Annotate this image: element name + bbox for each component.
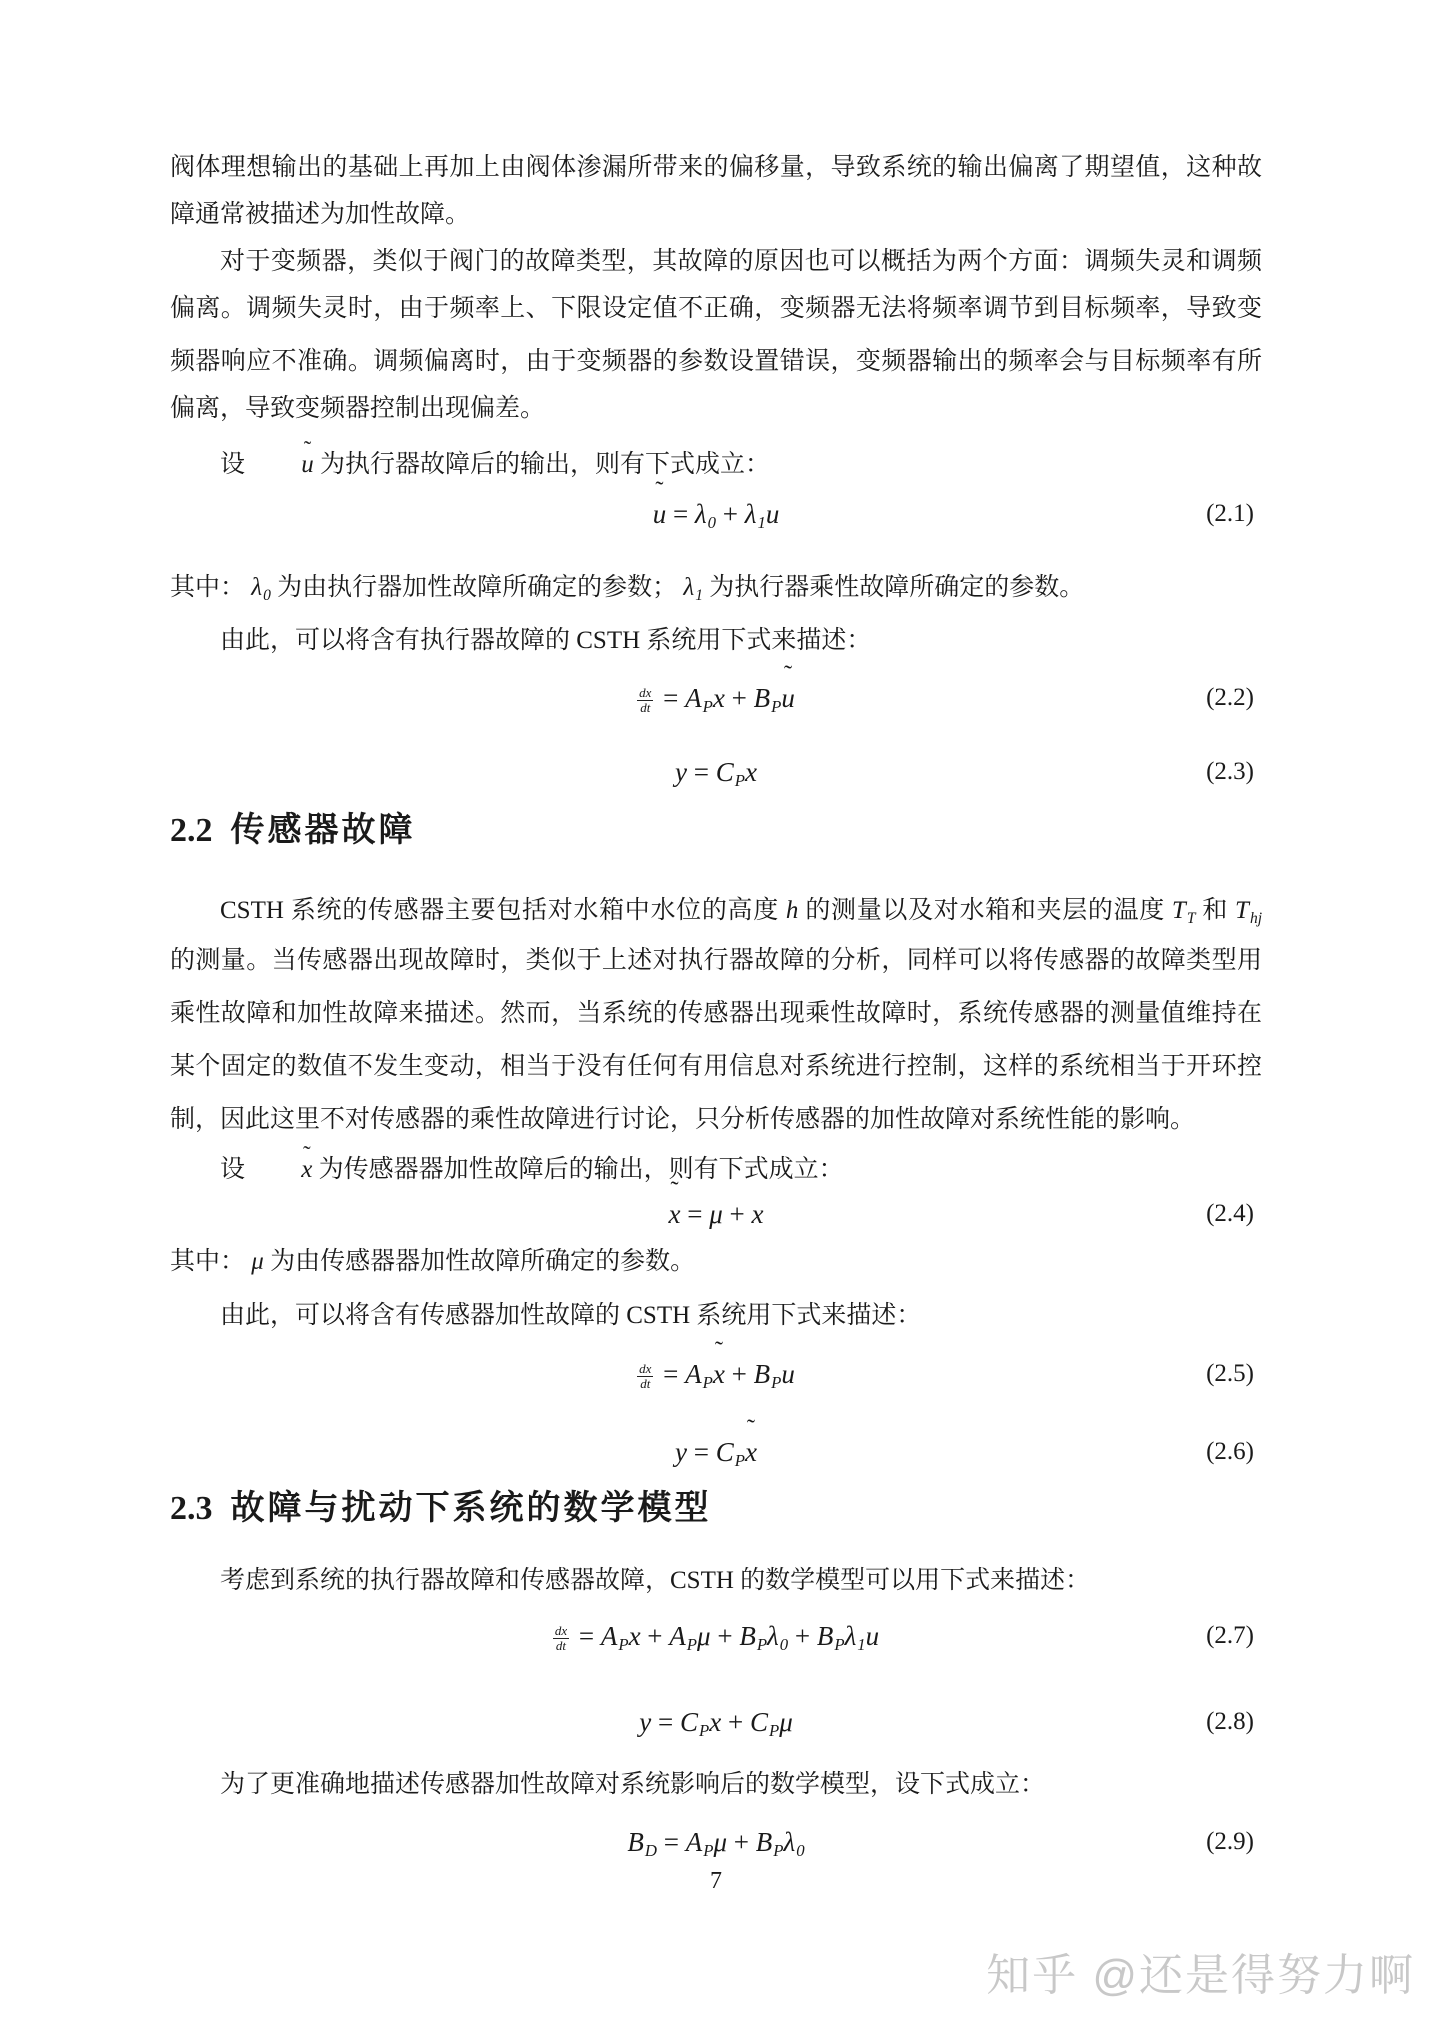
math-var: y xyxy=(675,1437,687,1467)
equation-row: y = CP˜x(2.6) xyxy=(170,1430,1262,1474)
body-line: 某个固定的数值不发生变动，相当于没有任何有用信息对系统进行控制，这样的系统相当于… xyxy=(170,1052,1262,1082)
math-var: ˜x xyxy=(713,1352,725,1396)
math-subscript: P xyxy=(771,1373,781,1392)
equation-number: (2.6) xyxy=(1206,1430,1254,1474)
math-subscript: P xyxy=(771,697,781,716)
math-var: BP xyxy=(754,1359,782,1389)
tilde-accent: ˜ xyxy=(254,438,312,461)
math-var: CP xyxy=(716,1437,745,1467)
math-var: μ xyxy=(713,1827,727,1857)
math-operator: + xyxy=(641,1621,670,1651)
equation-row: y = CPx + CPμ(2.8) xyxy=(170,1700,1262,1744)
math-var: x xyxy=(745,757,757,787)
math-subscript: 0 xyxy=(796,1841,804,1860)
math-operator: = xyxy=(656,1359,685,1389)
math-operator: = xyxy=(657,1827,686,1857)
math-operator: + xyxy=(725,683,754,713)
fraction-numerator: dx xyxy=(553,1624,569,1640)
heading-title: 传感器故障 xyxy=(231,812,416,849)
fraction-denominator: dt xyxy=(637,701,653,716)
equation-row: dxdt = AP˜x + BPu(2.5) xyxy=(170,1352,1262,1396)
math-operator: = xyxy=(572,1621,601,1651)
body-line: 的测量。当传感器出现故障时，类似于上述对执行器故障的分析，同样可以将传感器的故障… xyxy=(170,946,1262,976)
body-line: 设 ˜u 为执行器故障后的输出，则有下式成立： xyxy=(170,450,1262,480)
math-var: x xyxy=(713,683,725,713)
body-line: 其中： λ0 为由执行器加性故障所确定的参数； λ1 为执行器乘性故障所确定的参… xyxy=(170,573,1262,603)
equation-number: (2.4) xyxy=(1206,1192,1254,1236)
fraction-numerator: dx xyxy=(637,686,653,702)
body-line: 偏离。调频失灵时，由于频率上、下限设定值不正确，变频器无法将频率调节到目标频率，… xyxy=(170,294,1262,324)
math-operator: = xyxy=(666,499,695,529)
text-run: 其中： xyxy=(170,574,251,601)
math-subscript: P xyxy=(735,771,745,790)
math-var: λ0 xyxy=(251,574,271,601)
heading-number: 2.2 xyxy=(170,812,213,849)
text-run: 为执行器故障后的输出，则有下式成立： xyxy=(314,451,770,478)
math-var: μ xyxy=(709,1199,723,1229)
math-var: TT xyxy=(1172,897,1196,924)
math-var: BD xyxy=(627,1827,657,1857)
math-var: μ xyxy=(779,1707,793,1737)
text-run: 为传感器器加性故障后的输出，则有下式成立： xyxy=(312,1156,843,1183)
math-var: BP xyxy=(739,1621,767,1651)
tilde-accent: ˜ xyxy=(715,1339,723,1363)
heading-number: 2.3 xyxy=(170,1490,213,1527)
math-var: ˜x xyxy=(745,1430,757,1474)
equation-number: (2.7) xyxy=(1206,1614,1254,1658)
math-subscript: 1 xyxy=(757,513,765,532)
body-line: 由此，可以将含有执行器故障的 CSTH 系统用下式来描述： xyxy=(170,626,1262,656)
math-operator: + xyxy=(711,1621,740,1651)
text-run: 某个固定的数值不发生变动，相当于没有任何有用信息对系统进行控制，这样的系统相当于… xyxy=(170,1053,1262,1080)
math-subscript: T xyxy=(1187,910,1196,927)
text-run: 偏离。调频失灵时，由于频率上、下限设定值不正确，变频器无法将频率调节到目标频率，… xyxy=(170,295,1262,322)
math-var: λ0 xyxy=(767,1621,788,1651)
math-fraction: dxdt xyxy=(553,1624,569,1655)
math-var: AP xyxy=(601,1621,629,1651)
tilde-accent: ˜ xyxy=(784,663,792,687)
math-subscript: 1 xyxy=(695,587,703,604)
math-fraction: dxdt xyxy=(637,686,653,717)
section-heading: 2.3故障与扰动下系统的数学模型 xyxy=(170,1490,712,1527)
math-var: x xyxy=(709,1707,721,1737)
math-subscript: 0 xyxy=(708,513,716,532)
text-run: 设 xyxy=(220,1156,251,1183)
fraction-denominator: dt xyxy=(553,1639,569,1654)
tilde-accent: ˜ xyxy=(655,479,663,503)
math-operator: = xyxy=(687,757,716,787)
page-number: 7 xyxy=(170,1868,1262,1895)
fraction-denominator: dt xyxy=(637,1377,653,1392)
body-line: 频器响应不准确。调频偏离时，由于变频器的参数设置错误，变频器输出的频率会与目标频… xyxy=(170,347,1262,377)
math-var: AP xyxy=(669,1621,697,1651)
equation-body: BD = APμ + BPλ0 xyxy=(627,1827,804,1857)
math-subscript: P xyxy=(773,1841,783,1860)
math-var: BP xyxy=(817,1621,845,1651)
math-var: λ0 xyxy=(784,1827,805,1857)
equation-number: (2.8) xyxy=(1206,1700,1254,1744)
equation-row: dxdt = APx + BP˜u(2.2) xyxy=(170,676,1262,720)
text-run: 为执行器乘性故障所确定的参数。 xyxy=(703,574,1084,601)
math-var: CP xyxy=(680,1707,709,1737)
body-line: 考虑到系统的执行器故障和传感器故障，CSTH 的数学模型可以用下式来描述： xyxy=(170,1566,1262,1596)
math-fraction: dxdt xyxy=(637,1362,653,1393)
math-subscript: P xyxy=(703,1373,713,1392)
math-subscript: 0 xyxy=(263,587,271,604)
math-operator: = xyxy=(687,1437,716,1467)
body-line: 制，因此这里不对传感器的乘性故障进行讨论，只分析传感器的加性故障对系统性能的影响… xyxy=(170,1105,1262,1135)
math-var: λ1 xyxy=(683,574,703,601)
math-var: Thj xyxy=(1235,897,1262,924)
math-operator: + xyxy=(727,1827,756,1857)
math-var: λ1 xyxy=(745,499,766,529)
equation-body: dxdt = APx + BP˜u xyxy=(637,683,795,713)
math-var: λ1 xyxy=(845,1621,866,1651)
math-var: BP xyxy=(756,1827,784,1857)
body-line: 障通常被描述为加性故障。 xyxy=(170,200,1262,230)
math-subscript: P xyxy=(769,1721,779,1740)
math-var: y xyxy=(675,757,687,787)
equation-number: (2.2) xyxy=(1206,676,1254,720)
equation-row: BD = APμ + BPλ0(2.9) xyxy=(170,1820,1262,1864)
math-operator: + xyxy=(716,499,745,529)
equation-body: dxdt = AP˜x + BPu xyxy=(637,1359,795,1389)
math-var: x xyxy=(629,1621,641,1651)
equation-body: dxdt = APx + APμ + BPλ0 + BPλ1u xyxy=(553,1621,879,1651)
math-operator: + xyxy=(723,1199,752,1229)
math-subscript: P xyxy=(699,1721,709,1740)
body-line: 为了更准确地描述传感器加性故障对系统影响后的数学模型，设下式成立： xyxy=(170,1770,1262,1800)
body-line: 设 ˜x 为传感器器加性故障后的输出，则有下式成立： xyxy=(170,1155,1262,1185)
math-var: CP xyxy=(716,757,745,787)
text-run: 设 xyxy=(220,451,251,478)
math-var: u xyxy=(766,499,780,529)
math-var: CP xyxy=(750,1707,779,1737)
section-heading: 2.2传感器故障 xyxy=(170,812,416,849)
body-line: 偏离，导致变频器控制出现偏差。 xyxy=(170,394,1262,424)
tilde-accent: ˜ xyxy=(670,1179,678,1203)
text-run: 偏离，导致变频器控制出现偏差。 xyxy=(170,395,545,422)
math-subscript: D xyxy=(645,1841,657,1860)
body-line: 由此，可以将含有传感器加性故障的 CSTH 系统用下式来描述： xyxy=(170,1301,1262,1331)
math-var: u xyxy=(781,1359,795,1389)
text-run: 制，因此这里不对传感器的乘性故障进行讨论，只分析传感器的加性故障对系统性能的影响… xyxy=(170,1106,1195,1133)
equation-number: (2.1) xyxy=(1206,492,1254,536)
fraction-numerator: dx xyxy=(637,1362,653,1378)
math-var: ˜u xyxy=(251,450,314,480)
math-var: ˜u xyxy=(781,676,795,720)
math-var: y xyxy=(639,1707,651,1737)
tilde-accent: ˜ xyxy=(253,1143,311,1166)
equation-number: (2.5) xyxy=(1206,1352,1254,1396)
math-subscript: 1 xyxy=(857,1635,865,1654)
math-subscript: P xyxy=(703,697,713,716)
math-subscript: P xyxy=(618,1635,628,1654)
text-run: 对于变频器，类似于阀门的故障类型，其故障的原因也可以概括为两个方面：调频失灵和调… xyxy=(220,248,1262,275)
equation-body: y = CPx xyxy=(675,757,757,787)
math-var: μ xyxy=(697,1621,711,1651)
math-operator: + xyxy=(788,1621,817,1651)
heading-title: 故障与扰动下系统的数学模型 xyxy=(231,1490,712,1527)
text-run: 由此，可以将含有执行器故障的 CSTH 系统用下式来描述： xyxy=(220,627,871,654)
body-line: 对于变频器，类似于阀门的故障类型，其故障的原因也可以概括为两个方面：调频失灵和调… xyxy=(170,247,1262,277)
text-run: 为了更准确地描述传感器加性故障对系统影响后的数学模型，设下式成立： xyxy=(220,1771,1045,1798)
equation-row: dxdt = APx + APμ + BPλ0 + BPλ1u(2.7) xyxy=(170,1614,1262,1658)
equation-body: ˜x = μ + x xyxy=(669,1199,764,1229)
equation-number: (2.9) xyxy=(1206,1820,1254,1864)
text-run: 阀体理想输出的基础上再加上由阀体渗漏所带来的偏移量，导致系统的输出偏离了期望值，… xyxy=(170,154,1262,181)
math-var: ˜x xyxy=(669,1192,681,1236)
math-subscript: P xyxy=(834,1635,844,1654)
text-run: 乘性故障和加性故障来描述。然而，当系统的传感器出现乘性故障时，系统传感器的测量值… xyxy=(170,1000,1262,1027)
equation-body: y = CPx + CPμ xyxy=(639,1707,793,1737)
math-operator: + xyxy=(721,1707,750,1737)
equation-row: y = CPx(2.3) xyxy=(170,750,1262,794)
text-run: CSTH 系统的传感器主要包括对水箱中水位的高度 xyxy=(220,897,786,924)
equation-row: ˜u = λ0 + λ1u(2.1) xyxy=(170,492,1262,536)
equation-row: ˜x = μ + x(2.4) xyxy=(170,1192,1262,1236)
text-run: 的测量以及对水箱和夹层的温度 xyxy=(798,897,1172,924)
math-var: BP xyxy=(754,683,782,713)
math-var: ˜u xyxy=(653,492,667,536)
text-run: 为由执行器加性故障所确定的参数； xyxy=(271,574,684,601)
math-subscript: P xyxy=(735,1451,745,1470)
text-run: 为由传感器器加性故障所确定的参数。 xyxy=(264,1248,695,1275)
math-subscript: 0 xyxy=(780,1635,788,1654)
math-subscript: P xyxy=(687,1635,697,1654)
math-var: AP xyxy=(685,1359,713,1389)
equation-number: (2.3) xyxy=(1206,750,1254,794)
equation-body: y = CP˜x xyxy=(675,1437,757,1467)
math-var: h xyxy=(786,897,799,924)
math-operator: = xyxy=(680,1199,709,1229)
text-run: 由此，可以将含有传感器加性故障的 CSTH 系统用下式来描述： xyxy=(220,1302,921,1329)
body-line: 阀体理想输出的基础上再加上由阀体渗漏所带来的偏移量，导致系统的输出偏离了期望值，… xyxy=(170,153,1262,183)
math-subscript: P xyxy=(757,1635,767,1654)
text-run: 考虑到系统的执行器故障和传感器故障，CSTH 的数学模型可以用下式来描述： xyxy=(220,1567,1090,1594)
text-run: 其中： xyxy=(170,1248,251,1275)
text-run: 频器响应不准确。调频偏离时，由于变频器的参数设置错误，变频器输出的频率会与目标频… xyxy=(170,348,1262,375)
math-var: ˜x xyxy=(251,1155,312,1185)
math-operator: = xyxy=(651,1707,680,1737)
document-page: 阀体理想输出的基础上再加上由阀体渗漏所带来的偏移量，导致系统的输出偏离了期望值，… xyxy=(0,0,1440,2036)
body-line: 乘性故障和加性故障来描述。然而，当系统的传感器出现乘性故障时，系统传感器的测量值… xyxy=(170,999,1262,1029)
math-var: AP xyxy=(686,1827,714,1857)
equation-body: ˜u = λ0 + λ1u xyxy=(653,499,780,529)
text-run: 障通常被描述为加性故障。 xyxy=(170,201,470,228)
math-var: u xyxy=(866,1621,880,1651)
math-var: μ xyxy=(251,1248,264,1275)
math-operator: + xyxy=(725,1359,754,1389)
math-var: AP xyxy=(685,683,713,713)
math-subscript: P xyxy=(703,1841,713,1860)
math-operator: = xyxy=(656,683,685,713)
body-line: CSTH 系统的传感器主要包括对水箱中水位的高度 h 的测量以及对水箱和夹层的温… xyxy=(170,896,1262,926)
text-run: 和 xyxy=(1195,897,1235,924)
body-line: 其中： μ 为由传感器器加性故障所确定的参数。 xyxy=(170,1247,1262,1277)
watermark: 知乎 @还是得努力啊 xyxy=(986,1950,1415,2003)
math-var: λ0 xyxy=(695,499,716,529)
math-var: x xyxy=(752,1199,764,1229)
tilde-accent: ˜ xyxy=(747,1417,755,1441)
text-run: 的测量。当传感器出现故障时，类似于上述对执行器故障的分析，同样可以将传感器的故障… xyxy=(170,947,1262,974)
math-subscript: hj xyxy=(1250,910,1262,927)
